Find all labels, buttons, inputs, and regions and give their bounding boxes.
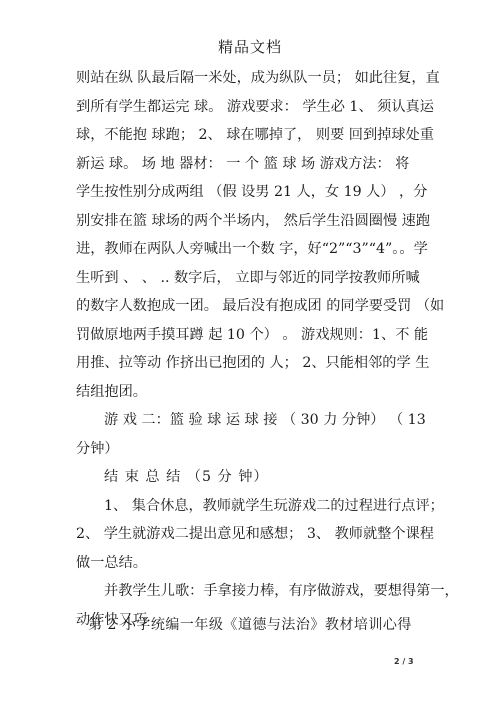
body-line: 的数字人数抱成一团。 最后没有抱成团 的同学要受罚 （如 (76, 292, 426, 321)
body-line: 生听到 、 、 .. 数字后， 立即与邻近的同学按教师所喊 (76, 264, 426, 293)
summary-item: 2、 学生就游戏二提出意见和感想； 3、 教师就整个课程 (76, 520, 426, 549)
body-line: 别安排在篮 球场的两个半场内， 然后学生沿圆圈慢 速跑 (76, 207, 426, 236)
document-header-title: 精品文档 (0, 36, 500, 57)
game-two-heading: 游 戏 二：篮 验 球 运 球 接 （ 30 力 分钟） （ 13 (76, 406, 426, 435)
page-number: 2 / 3 (394, 657, 414, 666)
summary-heading: 结 束 总 结 （5 分 钟） (76, 463, 426, 492)
body-line: 进，教师在两队人旁喊出一个数 字，好“2”“3”“4”。。学 (76, 235, 426, 264)
summary-item: 做一总结。 (76, 549, 426, 578)
body-line: 学生按性别分成两组 （假 设男 21 人，女 19 人） ，分 (76, 178, 426, 207)
game-two-duration: 分钟） (76, 435, 426, 464)
document-body: 则站在纵 队最后隔一米处，成为纵队一员； 如此往复，直 到所有学生都运完 球。 … (76, 64, 426, 634)
body-line: 球，不能抱 球跑； 2、 球在哪掉了， 则要 回到掉球处重 (76, 121, 426, 150)
body-line: 用推、拉等动 作挤出已抱团的 人； 2、只能相邻的学 生 (76, 349, 426, 378)
body-line: 结组抱团。 (76, 378, 426, 407)
body-line: 则站在纵 队最后隔一米处，成为纵队一员； 如此往复，直 (76, 64, 426, 93)
body-line: 新运 球。 场 地 器材： 一 个 篮 球 场 游戏方法： 将 (76, 150, 426, 179)
body-line: 到所有学生都运完 球。 游戏要求： 学生必 1、 须认真运 (76, 93, 426, 122)
song-line: 并教学生儿歌：手拿接力棒，有序做游戏，要想得第一， (76, 577, 426, 606)
section-subtitle: 第 2 小学统编一年级《道德与法治》教材培训心得 (0, 614, 500, 634)
body-line: 罚做原地两手摸耳蹲 起 10 个） 。 游戏规则：1、不 能 (76, 321, 426, 350)
summary-item: 1、 集合休息，教师就学生玩游戏二的过程进行点评； (76, 492, 426, 521)
